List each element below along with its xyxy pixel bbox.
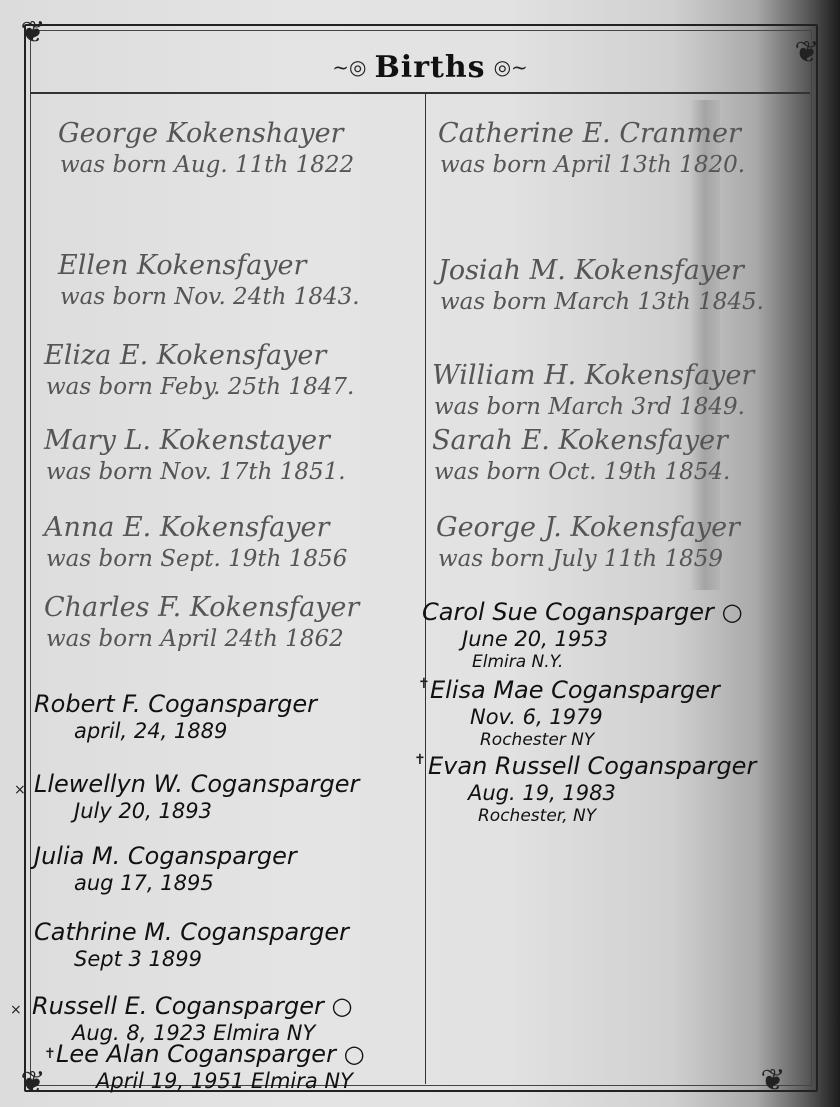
entry-name: Russell E. Cogansparger ○ — [32, 992, 352, 1020]
entry-name: Elisa Mae Cogansparger — [430, 676, 720, 704]
entry-birth-date: was born March 3rd 1849. — [432, 392, 754, 422]
entry-birth-date: June 20, 1953 — [422, 626, 743, 652]
entry-birth-place: Rochester NY — [430, 730, 720, 750]
entry-name: George J. Kokensfayer — [436, 512, 740, 544]
entry-birth-date: was born Nov. 24th 1843. — [58, 282, 360, 312]
birth-entry: Russell E. Cogansparger ○ Aug. 8, 1923 E… — [32, 992, 352, 1046]
entry-name: Evan Russell Cogansparger — [428, 752, 756, 780]
header-divider — [30, 92, 810, 94]
birth-entry: George Kokenshayer was born Aug. 11th 18… — [58, 118, 354, 180]
birth-entry: Cathrine M. Cogansparger Sept 3 1899 — [34, 918, 349, 972]
entry-name: Ellen Kokensfayer — [58, 250, 360, 282]
entry-name: Sarah E. Kokensfayer — [432, 425, 730, 457]
entry-birth-place: Rochester, NY — [428, 806, 756, 826]
entry-birth-date: July 20, 1893 — [34, 798, 359, 824]
birth-entry: Eliza E. Kokensfayer was born Feby. 25th… — [44, 340, 354, 402]
entry-name: George Kokenshayer — [58, 118, 354, 150]
entry-birth-date: was born Oct. 19th 1854. — [432, 457, 730, 487]
dagger-mark-icon: ✝ — [414, 752, 426, 768]
circle-mark-icon: ○ — [722, 598, 743, 626]
title-ornament-left-icon: ~◎ — [332, 55, 366, 79]
entry-name: Anna E. Kokensfayer — [44, 512, 347, 544]
circle-mark-icon: ○ — [344, 1040, 365, 1068]
birth-entry: Josiah M. Kokensfayer was born March 13t… — [438, 255, 764, 317]
corner-flourish-icon: ❦ — [756, 1064, 790, 1098]
entry-name: Eliza E. Kokensfayer — [44, 340, 354, 372]
birth-entry: Sarah E. Kokensfayer was born Oct. 19th … — [432, 425, 730, 487]
birth-entry: Catherine E. Cranmer was born April 13th… — [438, 118, 745, 180]
entry-name: Robert F. Cogansparger — [34, 690, 317, 718]
entry-birth-date: was born Sept. 19th 1856 — [44, 544, 347, 574]
entry-name: Carol Sue Cogansparger ○ — [422, 598, 743, 626]
entry-name: Catherine E. Cranmer — [438, 118, 745, 150]
dagger-mark-icon: ✝ — [418, 676, 430, 692]
birth-entry: Anna E. Kokensfayer was born Sept. 19th … — [44, 512, 347, 574]
birth-entry: Charles F. Kokensfayer was born April 24… — [44, 592, 359, 654]
entry-name: Charles F. Kokensfayer — [44, 592, 359, 624]
entry-birth-date: was born Feby. 25th 1847. — [44, 372, 354, 402]
birth-entry: Elisa Mae Cogansparger Nov. 6, 1979 Roch… — [430, 676, 720, 750]
column-divider — [425, 94, 426, 1084]
entry-birth-date: April 19, 1951 Elmira NY — [56, 1068, 365, 1094]
entry-name: Lee Alan Cogansparger ○ — [56, 1040, 365, 1068]
title-ornament-right-icon: ◎~ — [494, 55, 528, 79]
cross-mark-icon: × — [14, 782, 26, 798]
entry-birth-date: Aug. 19, 1983 — [428, 780, 756, 806]
page-title: Births — [374, 50, 485, 85]
birth-entry: William H. Kokensfayer was born March 3r… — [432, 360, 754, 422]
entry-birth-date: was born Nov. 17th 1851. — [44, 457, 346, 487]
entry-birth-date: was born March 13th 1845. — [438, 287, 764, 317]
birth-entry: Lee Alan Cogansparger ○ April 19, 1951 E… — [56, 1040, 365, 1094]
entry-name: William H. Kokensfayer — [432, 360, 754, 392]
entry-birth-date: Sept 3 1899 — [34, 946, 349, 972]
birth-entry: Robert F. Cogansparger april, 24, 1889 — [34, 690, 317, 744]
entry-birth-date: Nov. 6, 1979 — [430, 704, 720, 730]
birth-entry: Llewellyn W. Cogansparger July 20, 1893 — [34, 770, 359, 824]
circle-mark-icon: ○ — [331, 992, 352, 1020]
page-header: ~◎ Births ◎~ — [280, 44, 580, 90]
entry-name: Llewellyn W. Cogansparger — [34, 770, 359, 798]
entry-birth-date: april, 24, 1889 — [34, 718, 317, 744]
birth-entry: Carol Sue Cogansparger ○ June 20, 1953 E… — [422, 598, 743, 672]
birth-entry: George J. Kokensfayer was born July 11th… — [436, 512, 740, 574]
entry-name: Cathrine M. Cogansparger — [34, 918, 349, 946]
entry-name: Josiah M. Kokensfayer — [438, 255, 764, 287]
entry-birth-date: was born April 13th 1820. — [438, 150, 745, 180]
corner-flourish-icon: ❦ — [790, 36, 824, 70]
birth-entry: Julia M. Cogansparger aug 17, 1895 — [34, 842, 297, 896]
entry-name: Julia M. Cogansparger — [34, 842, 297, 870]
entry-birth-place: Elmira N.Y. — [422, 652, 743, 672]
cross-mark-icon: × — [10, 1002, 22, 1018]
entry-birth-date: was born Aug. 11th 1822 — [58, 150, 354, 180]
birth-entry: Mary L. Kokenstayer was born Nov. 17th 1… — [44, 425, 346, 487]
ledger-page: ❦ ❦ ❦ ❦ ~◎ Births ◎~ George Kokenshayer … — [0, 0, 840, 1107]
birth-entry: Evan Russell Cogansparger Aug. 19, 1983 … — [428, 752, 756, 826]
entry-birth-date: was born July 11th 1859 — [436, 544, 740, 574]
birth-entry: Ellen Kokensfayer was born Nov. 24th 184… — [58, 250, 360, 312]
entry-birth-date: aug 17, 1895 — [34, 870, 297, 896]
dagger-mark-icon: ✝ — [44, 1046, 56, 1062]
entry-birth-date: was born April 24th 1862 — [44, 624, 359, 654]
corner-flourish-icon: ❦ — [16, 16, 50, 50]
entry-name: Mary L. Kokenstayer — [44, 425, 346, 457]
corner-flourish-icon: ❦ — [16, 1066, 50, 1100]
